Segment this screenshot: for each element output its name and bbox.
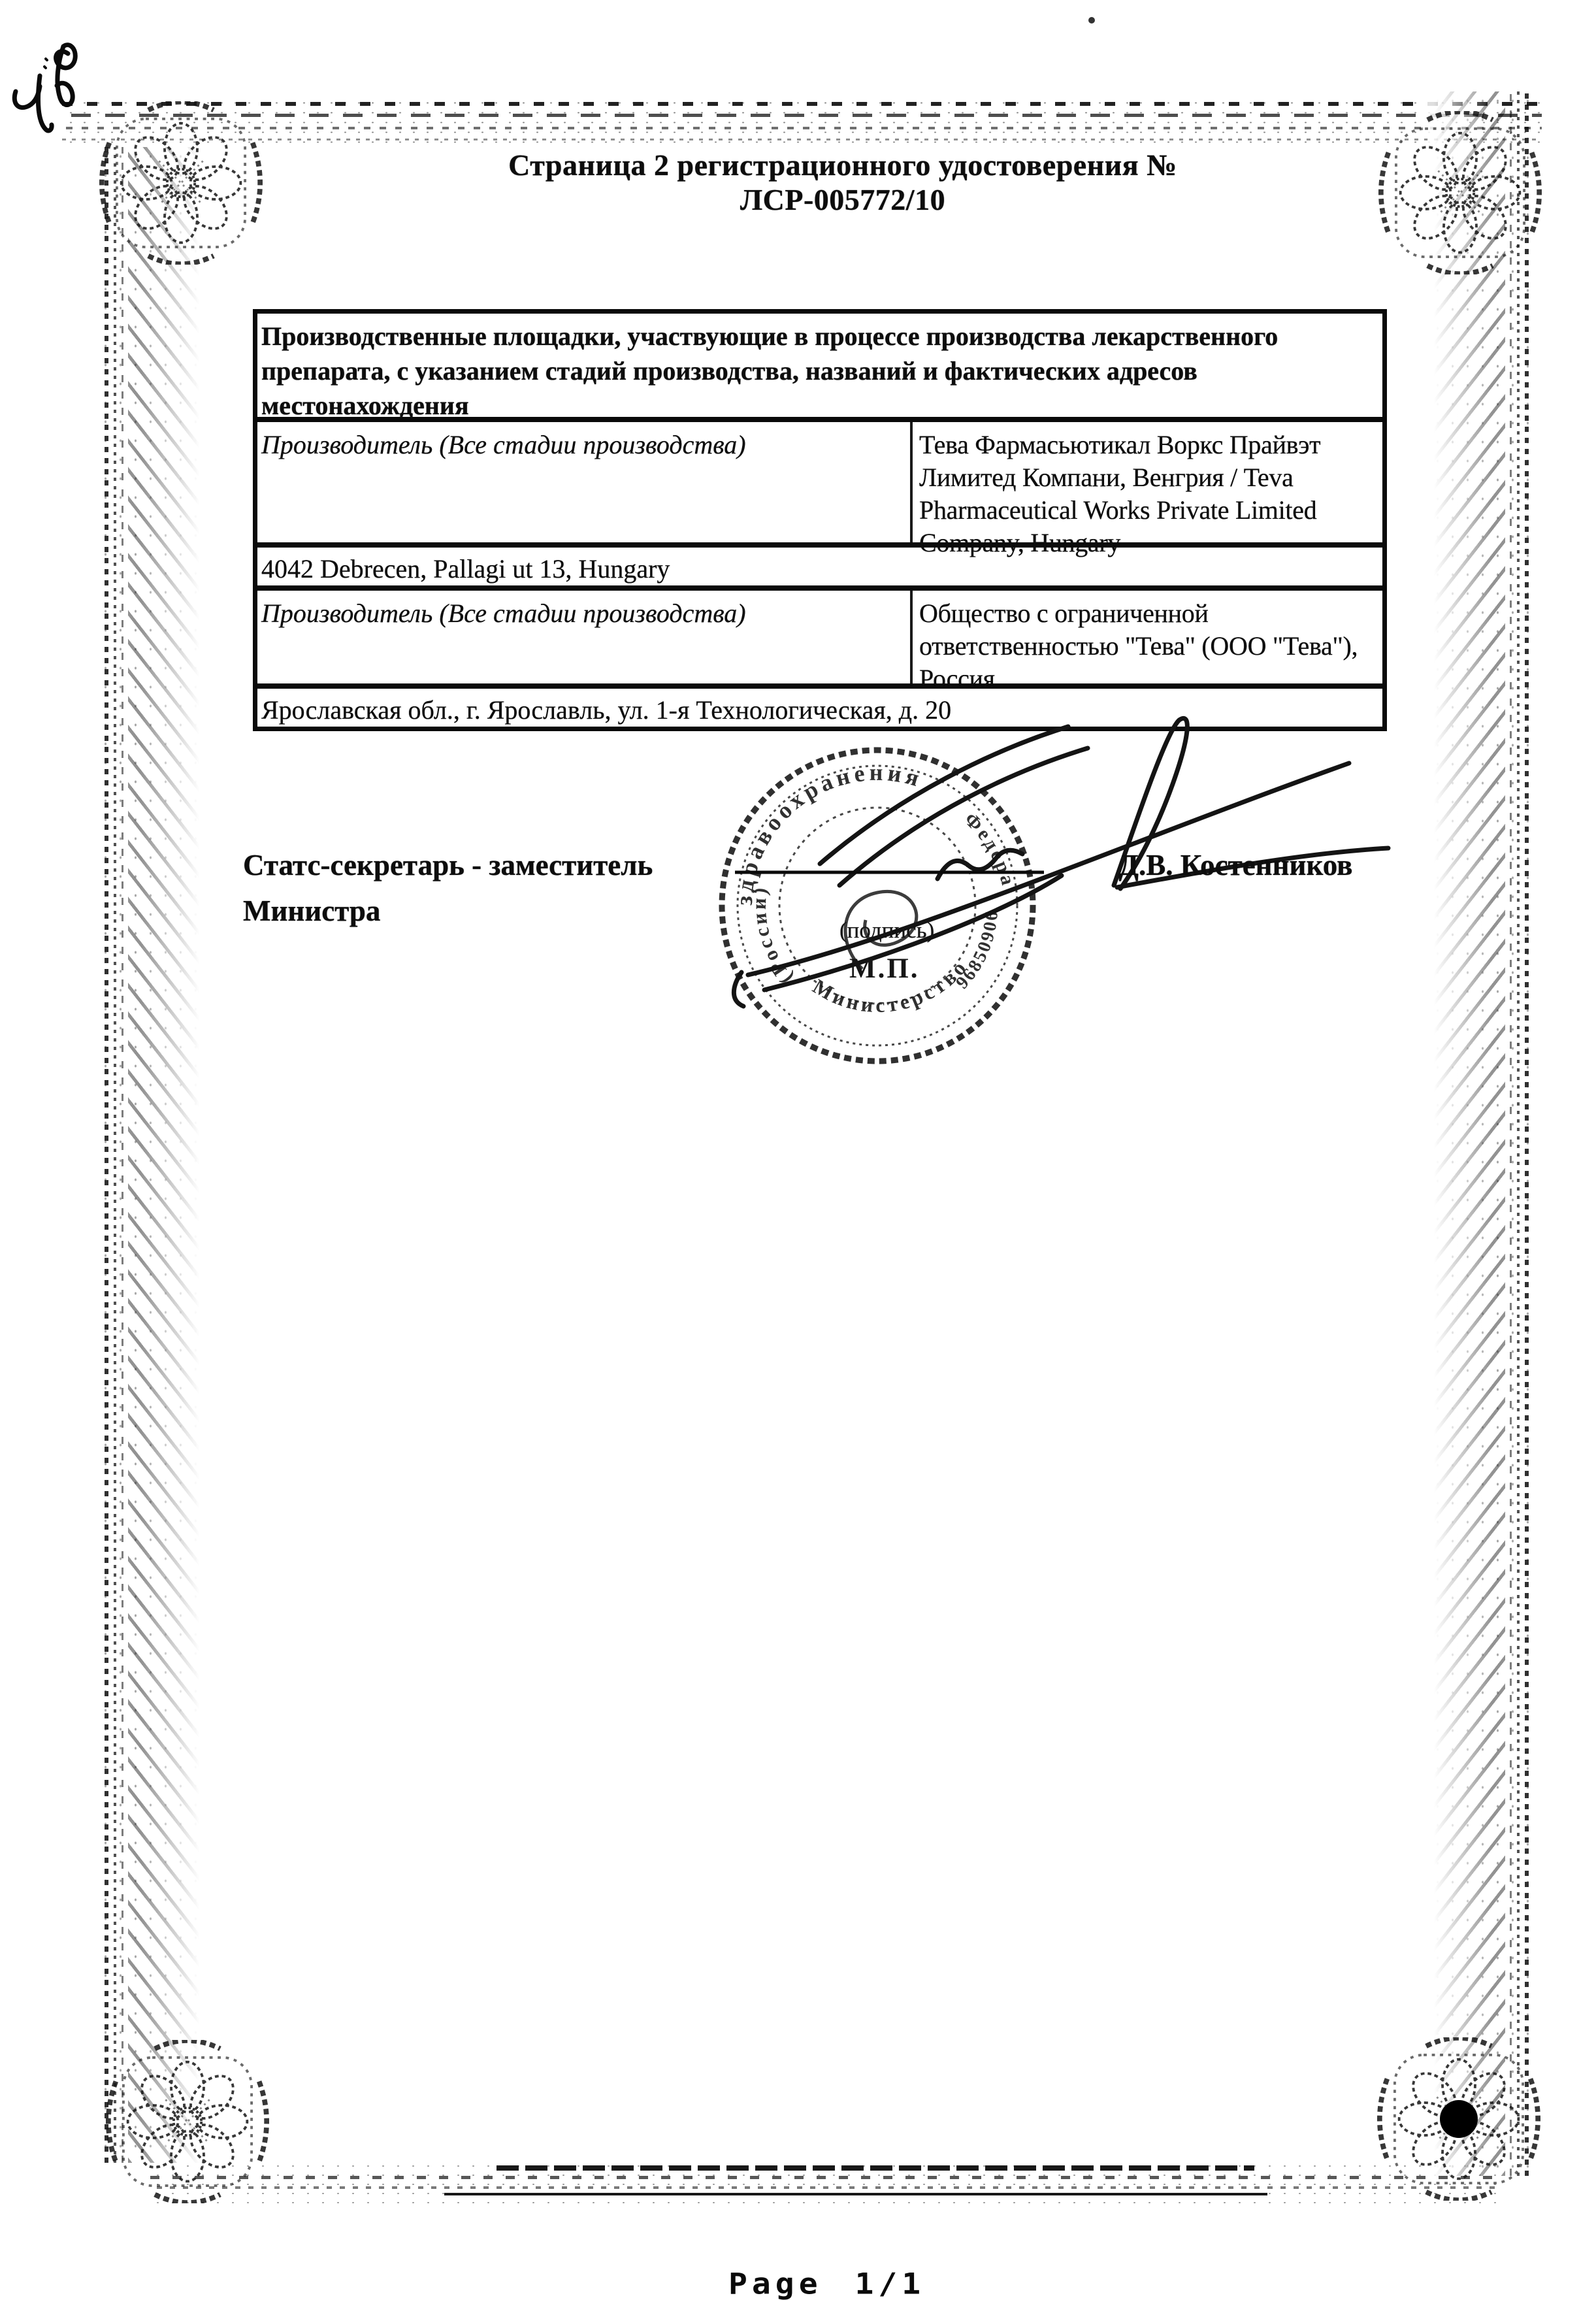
scanned-certificate-page: Страница 2 регистрационного удостоверени… [0,0,1596,2300]
handwritten-mark [5,34,103,139]
border-band-top [62,97,1542,149]
seal-place-caption: М.П. [849,953,920,985]
corner-rosette-bottom-left [106,2040,269,2203]
table-caption: Производственные площадки, участвующие в… [257,314,1382,417]
manufacturer-role-cell: Производитель (Все стадии производства) [257,422,913,542]
manufacturer-name-cell: Тева Фармасьютикал Воркс Прайвэт Лимитед… [913,422,1382,542]
corner-rosette-top-right [1378,111,1542,274]
scan-speck [1088,17,1095,24]
page-title: Страница 2 регистрационного удостоверени… [418,148,1267,217]
manufacturing-sites-table: Производственные площадки, участвующие в… [253,309,1387,731]
signer-post-line2: Министра [243,894,380,928]
manufacturer-name-cell: Общество с ограниченной ответственностью… [913,591,1382,683]
signer-name: Д.В. Костенников [1118,848,1352,882]
signer-post-line1: Статс-секретарь - заместитель [243,848,653,882]
page-number-footer: Page 1/1 [728,2267,925,2300]
signature-caption: (подпись) [839,917,934,944]
border-band-bottom [150,2161,1503,2209]
manufacturer-address-cell: 4042 Debrecen, Pallagi ut 13, Hungary [257,542,1382,585]
table-row: Производитель (Все стадии производства) … [257,585,1382,683]
manufacturer-role-cell: Производитель (Все стадии производства) [257,591,913,683]
punch-hole-dot [1440,2100,1478,2138]
corner-rosette-top-left [99,101,263,265]
border-band-right [1427,91,1535,2176]
table-row: Производитель (Все стадии производства) … [257,417,1382,542]
border-band-left [98,147,206,2163]
